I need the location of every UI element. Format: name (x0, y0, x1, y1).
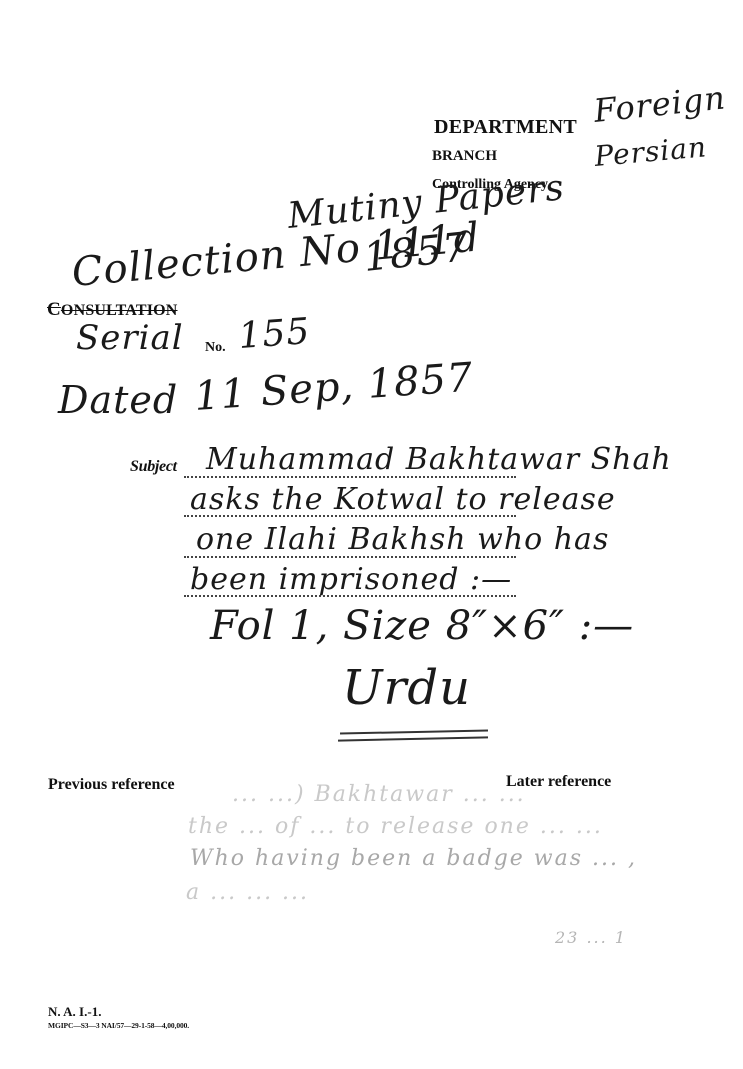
serial-label: Serial (76, 318, 184, 358)
bleed-through-text: ... ...) Bakhtawar ... ... (232, 782, 526, 807)
subject-line: one Ilahi Bakhsh who has (196, 522, 609, 557)
language-underline (340, 729, 488, 734)
subject-line: asks the Kotwal to release (190, 482, 616, 517)
later-reference-label: Later reference (506, 773, 611, 791)
department-label: DEPARTMENT (434, 116, 577, 139)
consultation-initial: C (47, 299, 61, 320)
dated-label: Dated (58, 378, 178, 422)
consultation-rest: ONSULTATION (61, 302, 178, 319)
dated-value: 11 Sep, 1857 (193, 355, 475, 420)
folio-size: Fol 1, Size 8″×6″ :— (210, 603, 634, 649)
bleed-through-date: 23 ... 1 (555, 928, 627, 947)
subject-line: Muhammad Bakhtawar Shah (206, 442, 672, 477)
branch-value: Persian (593, 130, 708, 173)
subject-label: Subject (130, 458, 177, 476)
bleed-through-text: a ... ... ... (186, 880, 309, 905)
previous-reference-label: Previous reference (48, 776, 175, 794)
language-underline (338, 736, 488, 741)
form-code: N. A. I.-1. (48, 1004, 101, 1020)
department-value: Foreign (592, 78, 728, 130)
branch-label: BRANCH (432, 148, 497, 165)
subject-line: been imprisoned :— (190, 562, 512, 597)
serial-value: 155 (237, 311, 311, 357)
collection-year: 1857 (361, 224, 471, 281)
bleed-through-text: the ... of ... to release one ... ... (188, 814, 603, 839)
bleed-through-text: Who having been a badge was ... , (190, 846, 637, 871)
print-line: MGIPC—S3—3 NAI/57—29-1-58—4,00,000. (48, 1021, 189, 1030)
language: Urdu (342, 660, 471, 716)
serial-no-label: No. (205, 340, 226, 356)
